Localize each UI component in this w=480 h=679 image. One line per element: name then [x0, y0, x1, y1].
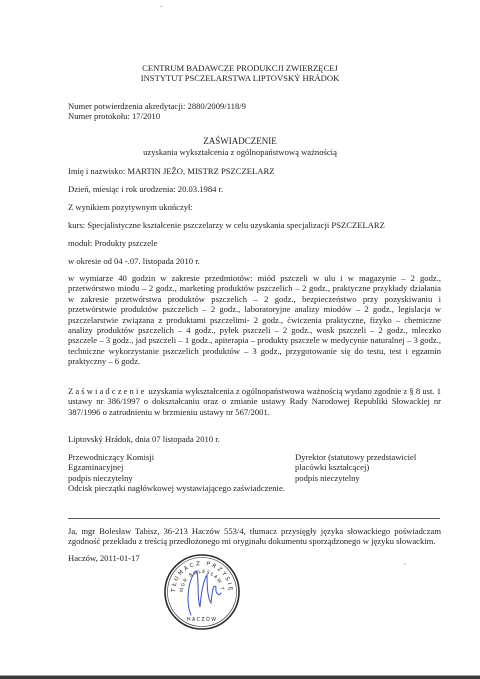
signature-right-line-3: podpis nieczytelny [295, 473, 360, 483]
document-title: ZAŚWIADCZENIE [0, 136, 480, 146]
signature-left-line-2: Egzaminacyjnej [68, 462, 123, 472]
document-subtitle: uzyskania wykształcenia z ogólnopaństwow… [0, 147, 480, 157]
field-module: moduł: Produkty pszczele [68, 238, 157, 248]
legal-spaced-word: Zaświadczenie [68, 386, 146, 396]
signature-left-line-1: Przewodniczący Komisji [68, 452, 154, 462]
field-course: kurs: Specjalistyczne kształcenie pszcze… [68, 220, 385, 230]
legal-paragraph: Zaświadczenie uzyskania wykształcenia z … [68, 386, 441, 417]
stamp-note: Odcisk pieczątki nagłówkowej wystawiając… [68, 483, 285, 493]
scan-speck [160, 6, 163, 7]
place-date: Liptovský Hrádok, dnia 07 listopada 2010… [68, 434, 220, 444]
field-period: w okresie od 04 -.07. listopada 2010 r. [68, 256, 200, 266]
scan-speck [404, 563, 406, 565]
divider-line [68, 518, 440, 519]
translator-stamp: TŁUMACZ PRZYSIĘGŁY MGR BOLESŁAW TABISZ H… [163, 553, 241, 631]
field-birth-date: Dzień, miesiąc i rok urodzenia: 20.03.19… [68, 184, 223, 194]
protocol-number: Numer protokołu: 17/2010 [68, 111, 160, 121]
signature-right-line-2: placówki kształcącej) [295, 462, 369, 472]
accreditation-number: Numer potwierdzenia akredytacji: 2880/20… [68, 101, 246, 111]
header-line-2: INSTYTUT PSCZELARSTWA LIPTOVSKÝ HRÁDOK [0, 73, 480, 83]
signature-left-line-3: podpis nieczytelny [68, 473, 133, 483]
field-result: Z wynikiem pozytywnym ukończył: [68, 202, 193, 212]
translator-statement: Ja, mgr Bolesław Tabisz, 36-213 Haczów 5… [68, 526, 441, 547]
page-bottom-edge [0, 675, 480, 679]
stamp-seal-icon: TŁUMACZ PRZYSIĘGŁY MGR BOLESŁAW TABISZ H… [163, 553, 241, 631]
translator-place-date: Haczów, 2011-01-17 [68, 553, 140, 563]
scope-paragraph: w wymiarze 40 godzin w zakresie przedmio… [68, 273, 441, 367]
signature-right-line-1: Dyrektor (statutowy przedstawiciel [295, 452, 416, 462]
field-name: Imię i nazwisko: MARTIN JEŽO, MISTRZ PSZ… [68, 166, 274, 176]
document-page: CENTRUM BADAWCZE PRODUKCJI ZWIERZĘCEJ IN… [0, 0, 480, 675]
svg-text:HACZÓW: HACZÓW [187, 616, 217, 623]
header-line-1: CENTRUM BADAWCZE PRODUKCJI ZWIERZĘCEJ [0, 63, 480, 73]
